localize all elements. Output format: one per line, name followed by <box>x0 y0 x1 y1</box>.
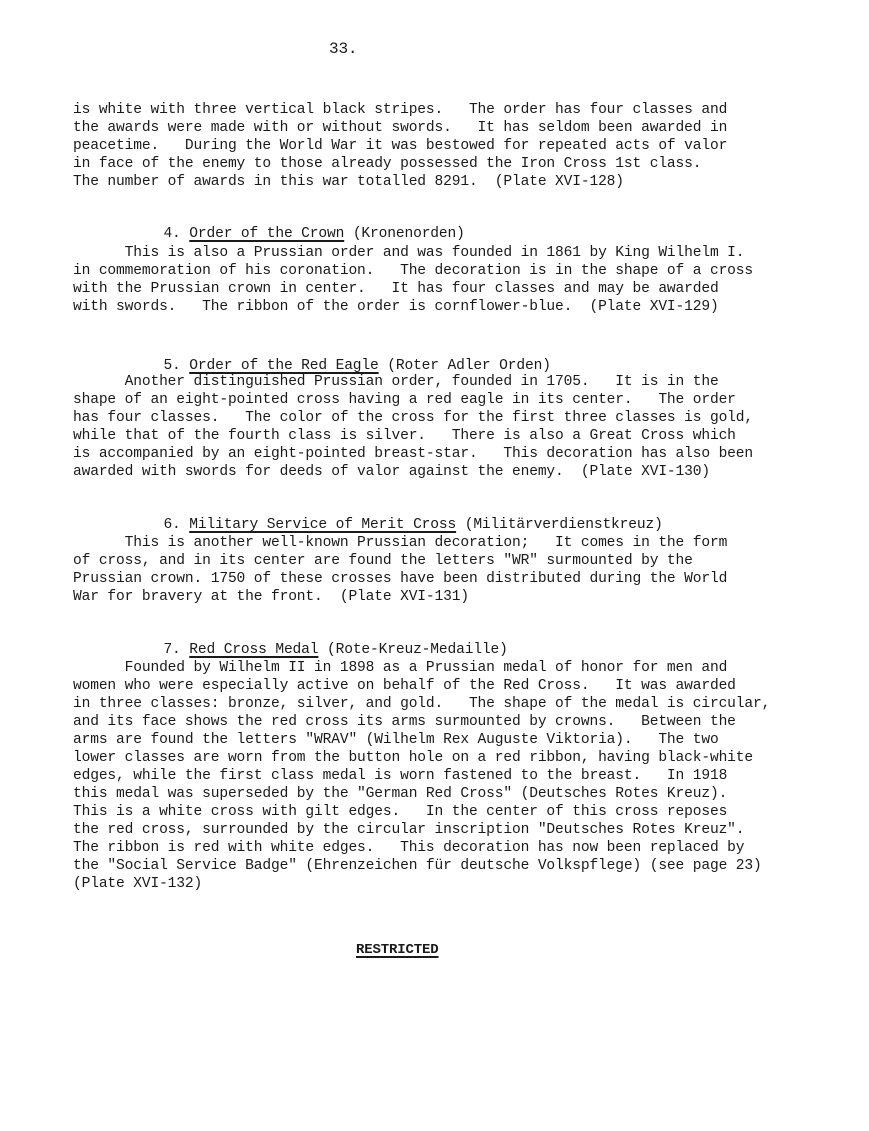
section-german-name: (Kronenorden) <box>353 226 465 242</box>
paragraph-line: in face of the enemy to those already po… <box>73 155 701 173</box>
paragraph-line: Founded by Wilhelm II in 1898 as a Pruss… <box>73 659 727 677</box>
paragraph-line: shape of an eight-pointed cross having a… <box>73 391 736 409</box>
section-german-name: (Roter Adler Orden) <box>387 358 551 374</box>
section-german-name: (Rote-Kreuz-Medaille) <box>327 642 508 658</box>
paragraph-line: is white with three vertical black strip… <box>73 101 727 119</box>
section-number: 4. <box>163 226 180 242</box>
paragraph-line: this medal was superseded by the "German… <box>73 785 727 803</box>
paragraph-line: This is another well-known Prussian deco… <box>73 534 727 552</box>
paragraph-line: is accompanied by an eight-pointed breas… <box>73 445 753 463</box>
paragraph-line: the red cross, surrounded by the circula… <box>73 821 744 839</box>
section-number: 6. <box>163 517 180 533</box>
paragraph-line: This is a white cross with gilt edges. I… <box>73 803 727 821</box>
section-number: 7. <box>163 642 180 658</box>
paragraph-line: while that of the fourth class is silver… <box>73 427 736 445</box>
section-number: 5. <box>163 358 180 374</box>
paragraph-line: in commemoration of his coronation. The … <box>73 262 753 280</box>
paragraph-line: This is also a Prussian order and was fo… <box>73 244 744 262</box>
paragraph-line: Another distinguished Prussian order, fo… <box>73 373 719 391</box>
paragraph-line: with the Prussian crown in center. It ha… <box>73 280 719 298</box>
document-page: 33. is white with three vertical black s… <box>0 0 869 1131</box>
paragraph-line: of cross, and in its center are found th… <box>73 552 693 570</box>
paragraph-line: the "Social Service Badge" (Ehrenzeichen… <box>73 857 762 875</box>
paragraph-line: Prussian crown. 1750 of these crosses ha… <box>73 570 727 588</box>
section-title: Military Service of Merit Cross <box>189 517 456 533</box>
paragraph-line: lower classes are worn from the button h… <box>73 749 753 767</box>
section-german-name: (Militärverdienstkreuz) <box>465 517 663 533</box>
paragraph-line: (Plate XVI-132) <box>73 875 202 893</box>
section-title: Order of the Red Eagle <box>189 358 378 374</box>
page-number: 33. <box>329 40 357 58</box>
section-title: Order of the Crown <box>189 226 344 242</box>
paragraph-line: has four classes. The color of the cross… <box>73 409 753 427</box>
paragraph-line: peacetime. During the World War it was b… <box>73 137 727 155</box>
paragraph-line: edges, while the first class medal is wo… <box>73 767 727 785</box>
paragraph-line: the awards were made with or without swo… <box>73 119 727 137</box>
paragraph-line: The number of awards in this war totalle… <box>73 173 624 191</box>
paragraph-line: women who were especially active on beha… <box>73 677 736 695</box>
section-title: Red Cross Medal <box>189 642 318 658</box>
paragraph-line: The ribbon is red with white edges. This… <box>73 839 744 857</box>
paragraph-line: in three classes: bronze, silver, and go… <box>73 695 770 713</box>
paragraph-line: arms are found the letters "WRAV" (Wilhe… <box>73 731 719 749</box>
paragraph-line: War for bravery at the front. (Plate XVI… <box>73 588 469 606</box>
paragraph-line: with swords. The ribbon of the order is … <box>73 298 719 316</box>
paragraph-line: awarded with swords for deeds of valor a… <box>73 463 710 481</box>
classification-marking: RESTRICTED <box>356 941 439 959</box>
paragraph-line: and its face shows the red cross its arm… <box>73 713 736 731</box>
